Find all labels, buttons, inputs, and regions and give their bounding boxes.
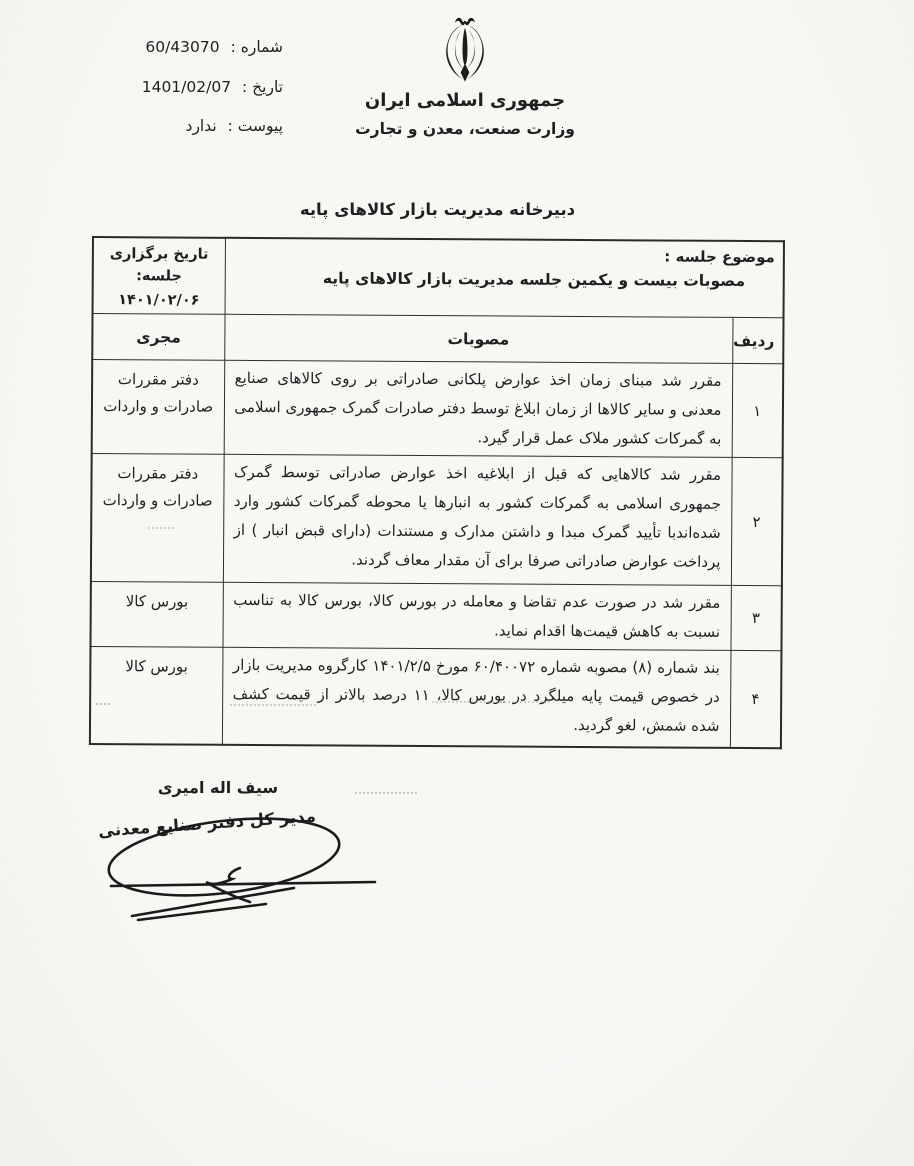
scan-artifact — [355, 792, 417, 794]
letter-number-line: شماره : 60/43070 — [78, 40, 283, 56]
signature-scribble — [98, 812, 408, 942]
scan-artifact — [96, 703, 110, 705]
resolution-text: مقرر شد مبنای زمان اخذ عوارض پلکانی صادر… — [224, 361, 733, 458]
table-row: ۱ مقرر شد مبنای زمان اخذ عوارض پلکانی صا… — [92, 360, 784, 458]
row-number: ۲ — [731, 458, 783, 586]
column-header-row-no: ردیف — [732, 318, 783, 364]
letter-attachment-line: پیوست : ندارد — [78, 119, 283, 135]
table-header-row: ردیف مصوبات مجری — [92, 314, 783, 364]
column-header-resolutions: مصوبات — [224, 315, 732, 364]
letter-number-value: 60/43070 — [145, 38, 219, 56]
session-date-cell: تاریخ برگزاری جلسه: ۱۴۰۱/۰۲/۰۶ — [93, 237, 225, 315]
subject-title: مصوبات بیست و یکمین جلسه مدیریت بازار کا… — [263, 269, 784, 290]
executor-text: دفتر مقررات صادرات و واردات — [92, 360, 225, 455]
scanned-letter-page: شماره : 60/43070 تاریخ : 1401/02/07 پیوس… — [0, 0, 914, 1166]
scan-artifact — [230, 704, 316, 706]
iran-emblem-icon — [434, 14, 496, 86]
executor-text: دفتر مقررات صادرات و واردات — [91, 454, 224, 583]
resolutions-table: موضوع جلسه : مصوبات بیست و یکمین جلسه مد… — [89, 236, 785, 749]
row-number: ۱ — [732, 364, 784, 458]
resolution-text: مقرر شد کالاهایی که قبل از ابلاغیه اخذ ع… — [223, 455, 732, 586]
scan-artifact — [432, 701, 550, 703]
subject-label: موضوع جلسه : — [233, 241, 775, 266]
letter-attachment-value: ندارد — [186, 117, 217, 135]
table-row: ۳ مقرر شد در صورت عدم تقاضا و معامله در … — [90, 582, 781, 651]
resolution-text: بند شماره (۸) مصوبه شماره ۶۰/۴۰۰۷۲ مورخ … — [222, 648, 731, 748]
ministry-name: وزارت صنعت، معدن و تجارت — [355, 120, 575, 138]
scan-artifact — [148, 527, 174, 529]
table-row: ۲ مقرر شد کالاهایی که قبل از ابلاغیه اخذ… — [91, 454, 783, 586]
table-subject-row: موضوع جلسه : مصوبات بیست و یکمین جلسه مد… — [93, 237, 784, 318]
letter-date-value: 1401/02/07 — [142, 78, 231, 96]
session-date-value: ۱۴۰۱/۰۲/۰۶ — [102, 290, 217, 312]
document-title: دبیرخانه مدیریت بازار کالاهای پایه — [92, 200, 783, 219]
column-header-executor: مجری — [92, 314, 224, 361]
session-date-label: تاریخ برگزاری جلسه: — [102, 244, 217, 288]
country-name: جمهوری اسلامی ایران — [355, 90, 575, 111]
signer-name: سیف اله امیری — [138, 778, 298, 797]
row-number: ۳ — [730, 586, 781, 651]
resolution-text: مقرر شد در صورت عدم تقاضا و معامله در بو… — [222, 583, 730, 651]
letter-number-label: شماره : — [231, 38, 283, 56]
letter-meta-block: شماره : 60/43070 تاریخ : 1401/02/07 پیوس… — [78, 40, 283, 159]
table-row: ۴ بند شماره (۸) مصوبه شماره ۶۰/۴۰۰۷۲ مور… — [90, 647, 782, 748]
executor-text: بورس کالا — [90, 582, 222, 648]
letter-date-label: تاریخ : — [242, 78, 283, 96]
subject-cell: موضوع جلسه : مصوبات بیست و یکمین جلسه مد… — [225, 238, 784, 318]
letter-attachment-label: پیوست : — [228, 117, 283, 135]
letter-date-line: تاریخ : 1401/02/07 — [78, 80, 283, 96]
signature-block: سیف اله امیری مدیر کل دفتر صنایع معدنی — [80, 772, 440, 952]
executor-text: بورس کالا — [90, 647, 223, 745]
row-number: ۴ — [730, 651, 782, 748]
